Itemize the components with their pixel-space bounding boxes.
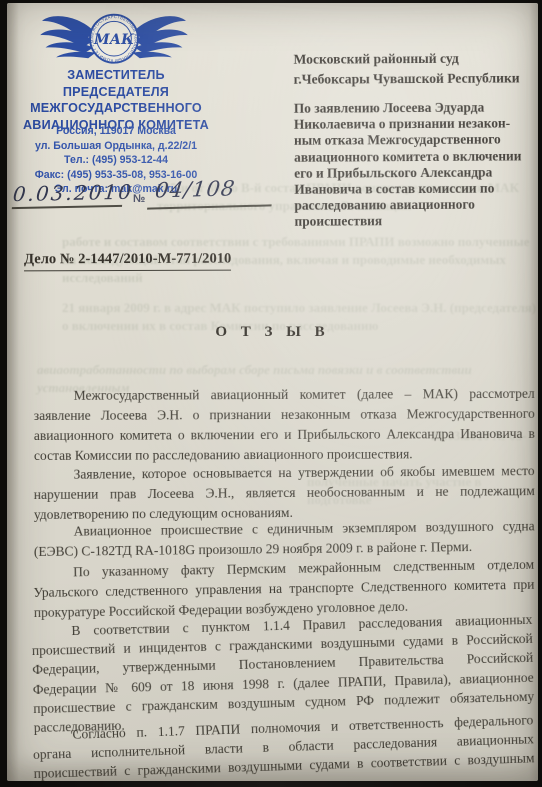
body-paragraph: Заявление, которое основывается на утвер… [34, 461, 535, 525]
paragraph-line: Межгосударственный авиационный комитет (… [34, 384, 535, 406]
ref-date-handwritten: 0.03.2010 [12, 180, 124, 209]
letterhead-title-line: ЗАМЕСТИТЕЛЬ ПРЕДСЕДАТЕЛЯ [15, 67, 217, 100]
addressee-block: Московский районный суд г.Чебоксары Чува… [293, 48, 542, 230]
paragraph-line: авиационного комитета о включении его и … [34, 424, 535, 446]
subject-line: Ивановича в состав комиссии по [294, 180, 542, 198]
subject-line: По заявлению Лосеева Эдуарда [294, 99, 542, 117]
ref-number-handwritten: 04/108 [147, 175, 275, 209]
subject-line: расследованию авиационного [294, 196, 542, 214]
letterhead-title-line: МЕЖГОСУДАРСТВЕННОГО [15, 100, 217, 117]
subject-line: авиационного комитета о включении [294, 148, 542, 166]
case-subject: По заявлению Лосеева Эдуарда Николаевича… [294, 99, 542, 230]
emblem-monogram: МАК [93, 32, 135, 48]
address-line: Россия, 119017 Москва [5, 124, 227, 139]
subject-line: ным отказа Межгосударственного [294, 132, 542, 150]
ref-number-sign: № [133, 193, 145, 205]
subject-line: Николаевича о признании незакон- [294, 115, 542, 133]
mak-emblem-icon: МЕЖГОСУДАРСТВЕННЫЙ АВИАЦИОННЫЙ КОМИТЕТ •… [35, 4, 193, 68]
addressee-court: Московский районный суд г.Чебоксары Чува… [293, 48, 542, 90]
paragraph-line: нарушении прав Лосеева Э.Н., является не… [34, 481, 535, 505]
document-title: О Т З Ы В [7, 324, 538, 341]
paragraph-line: заявление Лосеева Э.Н. о признании незак… [34, 404, 535, 426]
body-paragraph: Межгосударственный авиационный комитет (… [34, 384, 535, 466]
subject-line: происшествия [294, 213, 542, 231]
subject-line: его и Прибыльского Александра [294, 164, 542, 182]
case-number: Дело № 2-1447/2010-М-771/2010 [24, 251, 231, 272]
address-line: ул. Большая Ордынка, д.22/2/1 [5, 139, 227, 154]
document-page: 485-и от 30 но В-й состав ПРАПИ вошли пр… [7, 3, 538, 781]
reference-row: 0.03.2010 № 04/108 [13, 181, 273, 213]
court-line: г.Чебоксары Чувашской Республики [294, 68, 542, 90]
address-line: Тел.: (495) 953-12-44 [5, 153, 227, 168]
court-line: Московский районный суд [293, 48, 542, 70]
